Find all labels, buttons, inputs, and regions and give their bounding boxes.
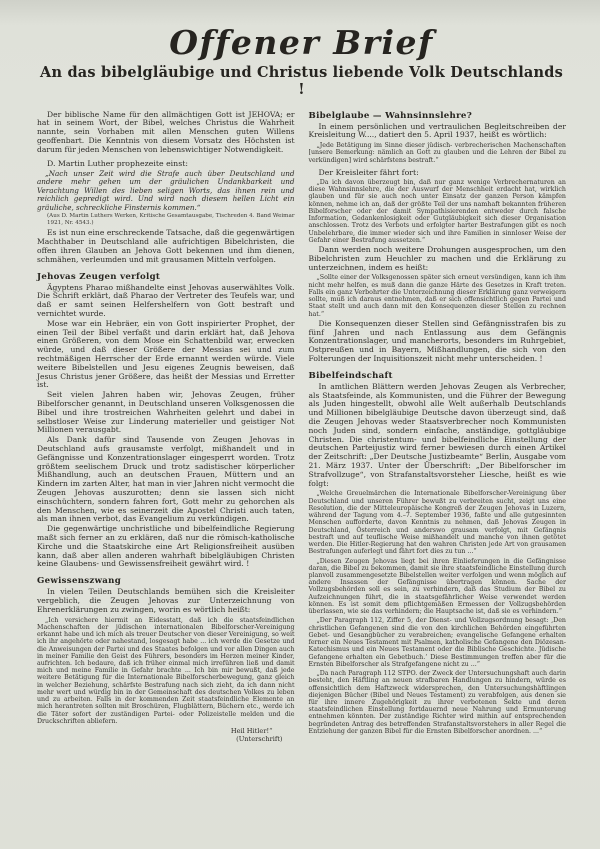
luther-quote: „Nach unser Zeit wird die Strafe auch üb… (37, 170, 295, 212)
document-header: Offener Brief An das bibelgläubige und C… (37, 26, 566, 98)
heading-gewissenszwang: Gewissenszwang (37, 576, 295, 586)
document-title: Offener Brief (37, 26, 566, 61)
heading-bibelfeindschaft: Bibelfeindschaft (309, 371, 567, 381)
oath-declaration-quote: „Ich versichere hiermit an Eidesstatt, d… (37, 617, 295, 726)
paragraph-amtliche-blaetter: In amtlichen Blättern werden Jehovas Zeu… (309, 383, 567, 489)
quote-volksgenossen: „Sollte einer der Volksgenossen später s… (309, 274, 567, 317)
paragraph-seit-jahren: Seit vielen Jahren haben wir, Jehovas Ze… (37, 391, 295, 435)
paragraph-pharao: Ägyptens Pharao mißhandelte einst Jehova… (37, 284, 295, 319)
quote-jede-betaetigung: „Jede Betätigung im Sinne dieser jüdisch… (309, 142, 567, 164)
two-column-body: Der biblische Name für den allmächtigen … (37, 111, 566, 744)
paragraph-intro: Der biblische Name für den allmächtigen … (37, 111, 295, 155)
kreisleiter-lead: Der Kreisleiter fährt fort: (309, 168, 567, 177)
paragraph-konsequenzen: Die Konsequenzen dieser Stellen sind Gef… (309, 320, 567, 364)
paragraph-mose: Mose war ein Hebräer, ein von Gott inspi… (37, 320, 295, 390)
right-column: Bibelglaube — Wahnsinnslehre? In einem p… (309, 111, 567, 744)
paragraph-regierung: Die gegenwärtige unchristliche und bibel… (37, 525, 295, 569)
document-subtitle: An das bibelgläubige und Christus lieben… (37, 64, 566, 98)
signature-label: (Unterschrift) (37, 735, 295, 743)
paragraph-begleitschreiben: In einem persönlichen und vertraulichen … (309, 123, 567, 141)
paragraph-fact: Es ist nun eine erschreckende Tatsache, … (37, 229, 295, 264)
signature-salute: Heil Hitler!“ (37, 727, 295, 735)
luther-lead: D. Martin Luther prophezeite einst: (37, 159, 295, 168)
paragraph-dank: Als Dank dafür sind Tausende von Zeugen … (37, 436, 295, 524)
paragraph-kreisleiter: In vielen Teilen Deutschlands bemühen si… (37, 588, 295, 614)
quote-verbrechernaturen: „Da ich davon überzeugt bin, daß nur gan… (309, 179, 567, 244)
quote-greuelmaerchen: „Welche Greuelmärchen die Internationale… (309, 490, 567, 555)
paragraph-drohungen: Dann werden noch weitere Drohungen ausge… (309, 246, 567, 272)
left-column: Der biblische Name für den allmächtigen … (37, 111, 295, 744)
quote-paragraph-112-stpo: „Da nach Paragraph 112 STPO. der Zweck d… (309, 670, 567, 735)
quote-paragraph-112-ziffer-5: „Der Paragraph 112, Ziffer 5, der Dienst… (309, 617, 567, 668)
heading-jehovas-zeugen-verfolgt: Jehovas Zeugen verfolgt (37, 272, 295, 282)
heading-bibelglaube-wahnsinnslehre: Bibelglaube — Wahnsinnslehre? (309, 111, 567, 121)
quote-einlieferungen: „Diesen Zeugen Jehovas liegt bei ihren E… (309, 558, 567, 616)
luther-citation: (Aus D. Martin Luthers Werken, Kritische… (47, 213, 295, 226)
scanned-letter-page: Offener Brief An das bibelgläubige und C… (0, 0, 600, 744)
signature-block: Heil Hitler!“ (Unterschrift) (37, 727, 295, 743)
